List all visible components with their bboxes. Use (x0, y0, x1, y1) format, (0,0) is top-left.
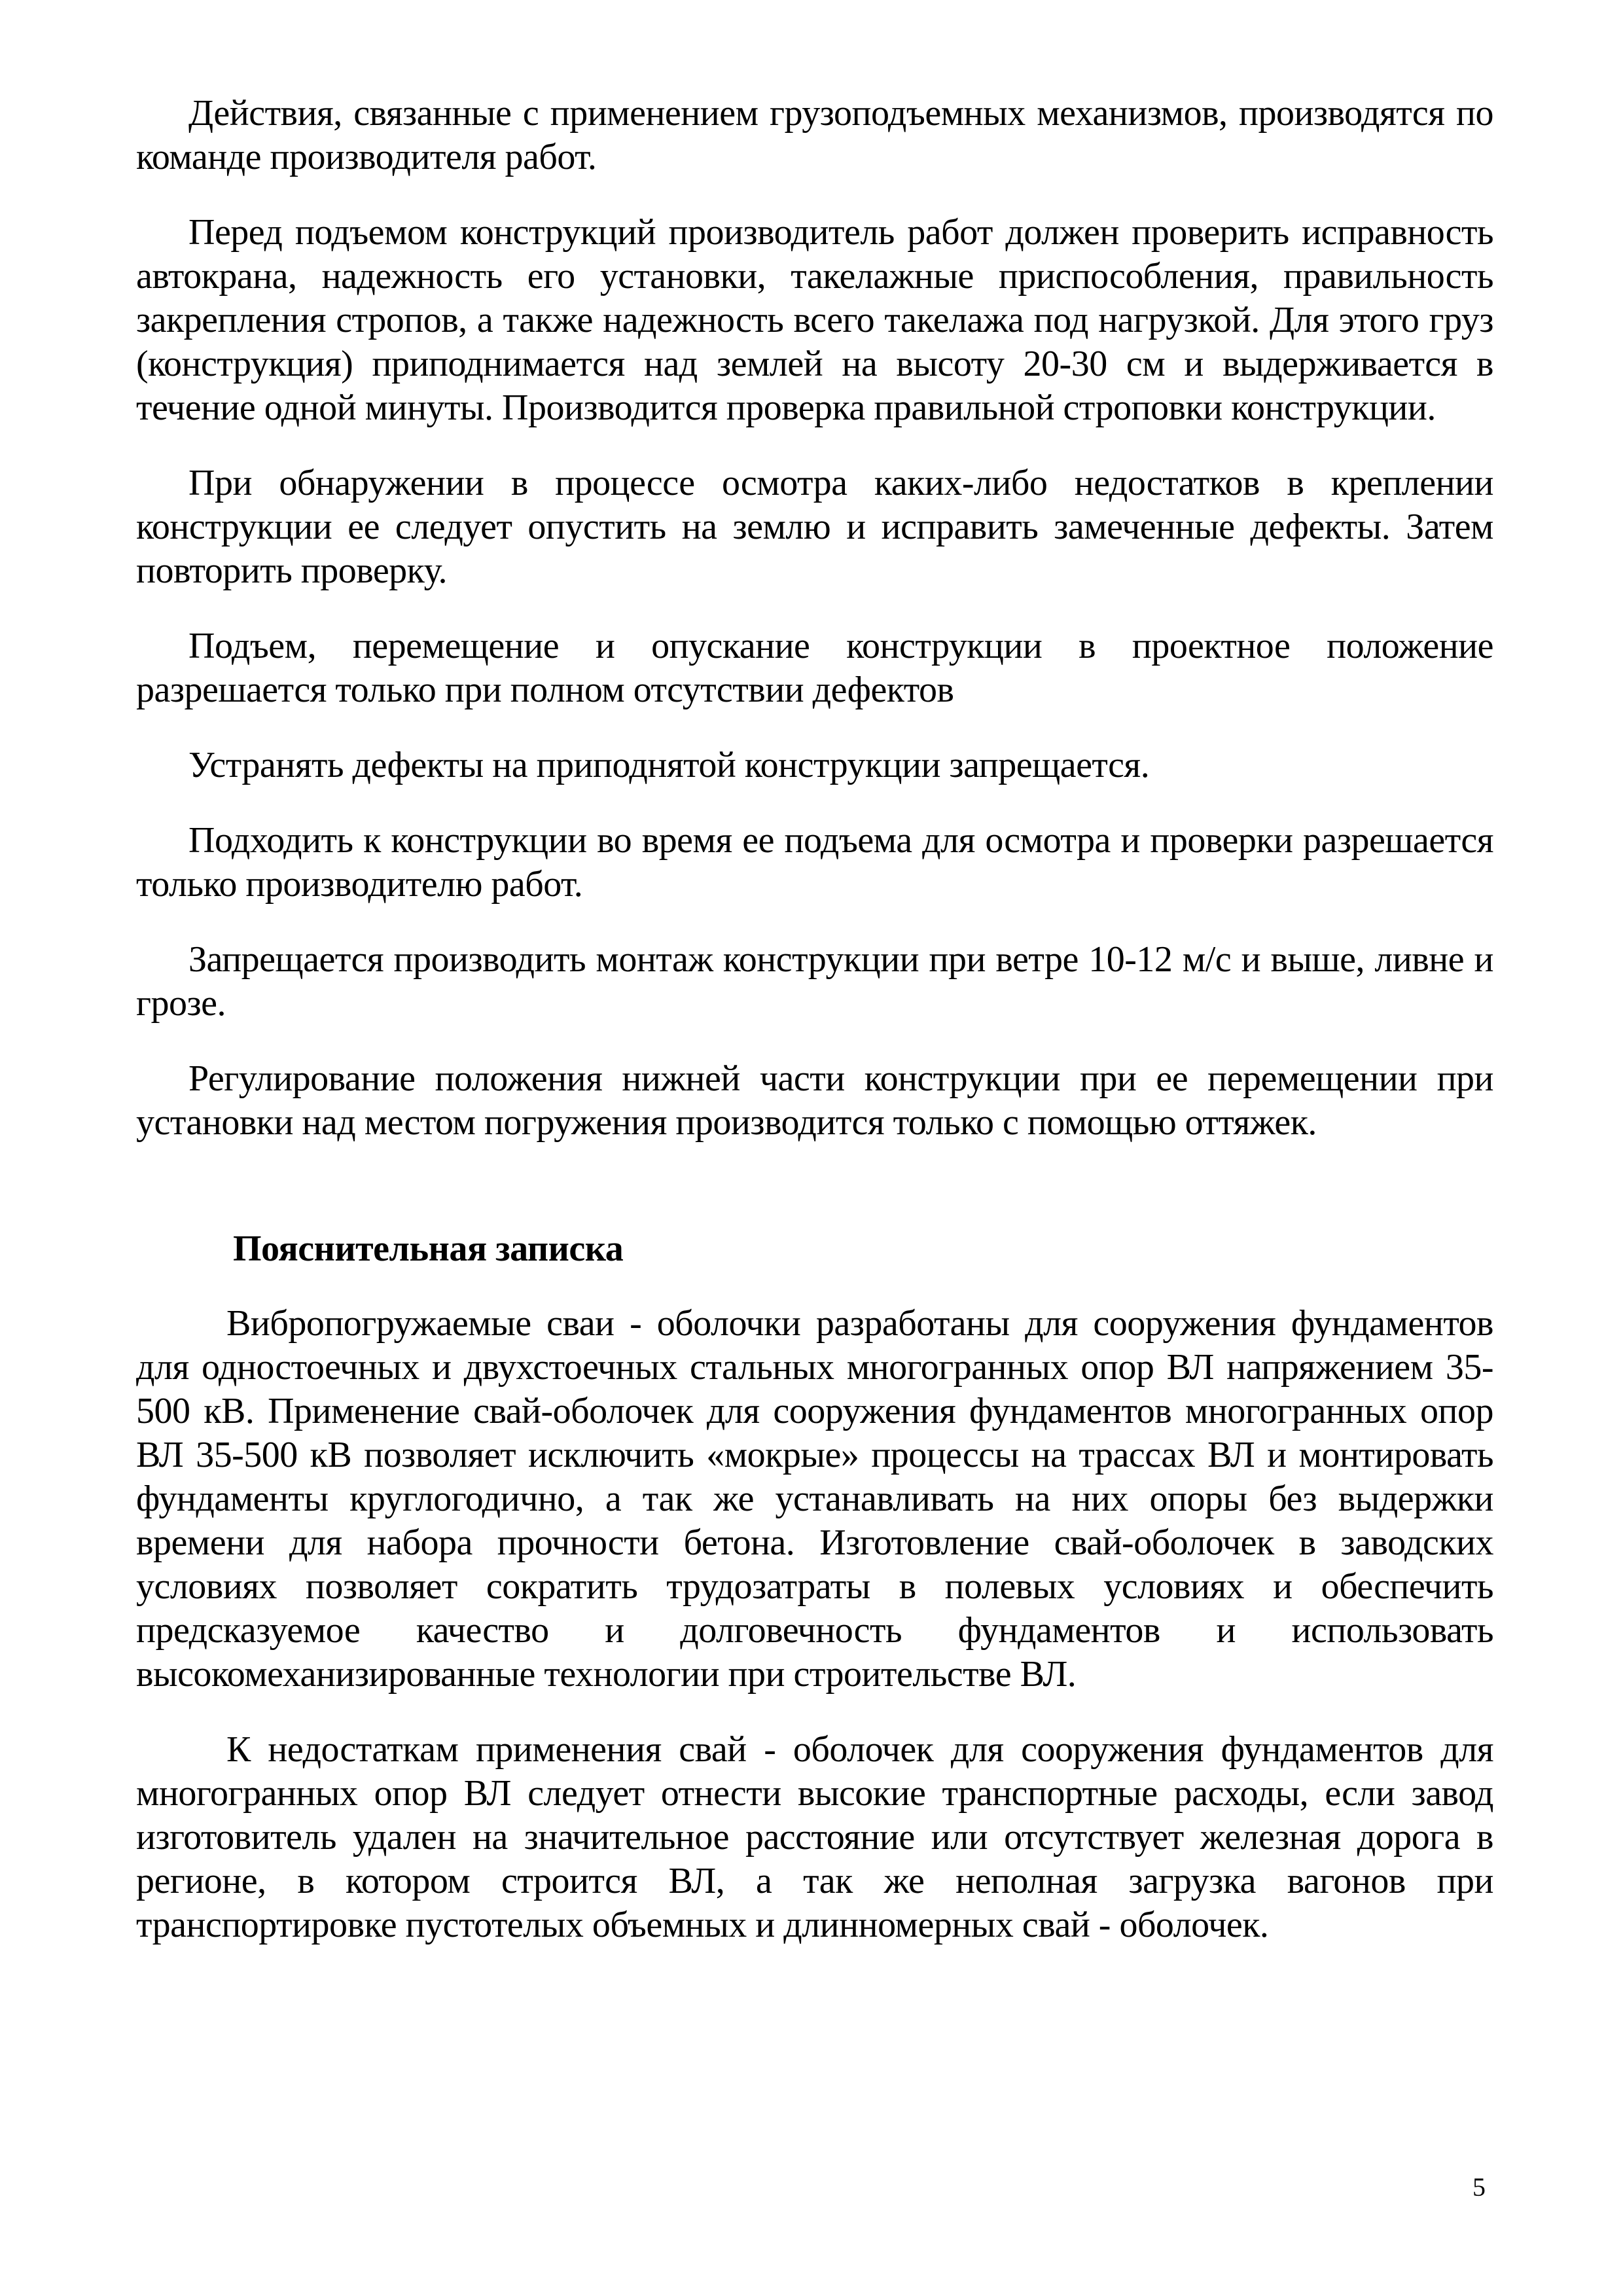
paragraph-defect-removal-ban: Устранять дефекты на приподнятой констру… (136, 744, 1493, 787)
section-heading-explanatory-note: Пояснительная записка (136, 1227, 1493, 1271)
document-body: Действия, связанные с применением грузоп… (136, 92, 1493, 1979)
paragraph-approach-rule: Подходить к конструкции во время ее подъ… (136, 819, 1493, 906)
paragraph-pre-lift-checks: Перед подъемом конструкций производитель… (136, 211, 1493, 430)
paragraph-lifting-actions: Действия, связанные с применением грузоп… (136, 92, 1493, 179)
paragraph-weather-ban: Запрещается производить монтаж конструкц… (136, 938, 1493, 1026)
paragraph-guy-wires: Регулирование положения нижней части кон… (136, 1057, 1493, 1145)
page-number: 5 (1472, 2174, 1486, 2200)
paragraph-pile-drawbacks: К недостаткам применения свай - оболочек… (136, 1728, 1493, 1947)
paragraph-vibro-piles: Вибропогружаемые сваи - оболочки разрабо… (136, 1302, 1493, 1696)
paragraph-defects-found: При обнаружении в процессе осмотра каких… (136, 461, 1493, 593)
paragraph-lifting-permission: Подъем, перемещение и опускание конструк… (136, 624, 1493, 712)
document-page: Действия, связанные с применением грузоп… (0, 0, 1623, 2296)
